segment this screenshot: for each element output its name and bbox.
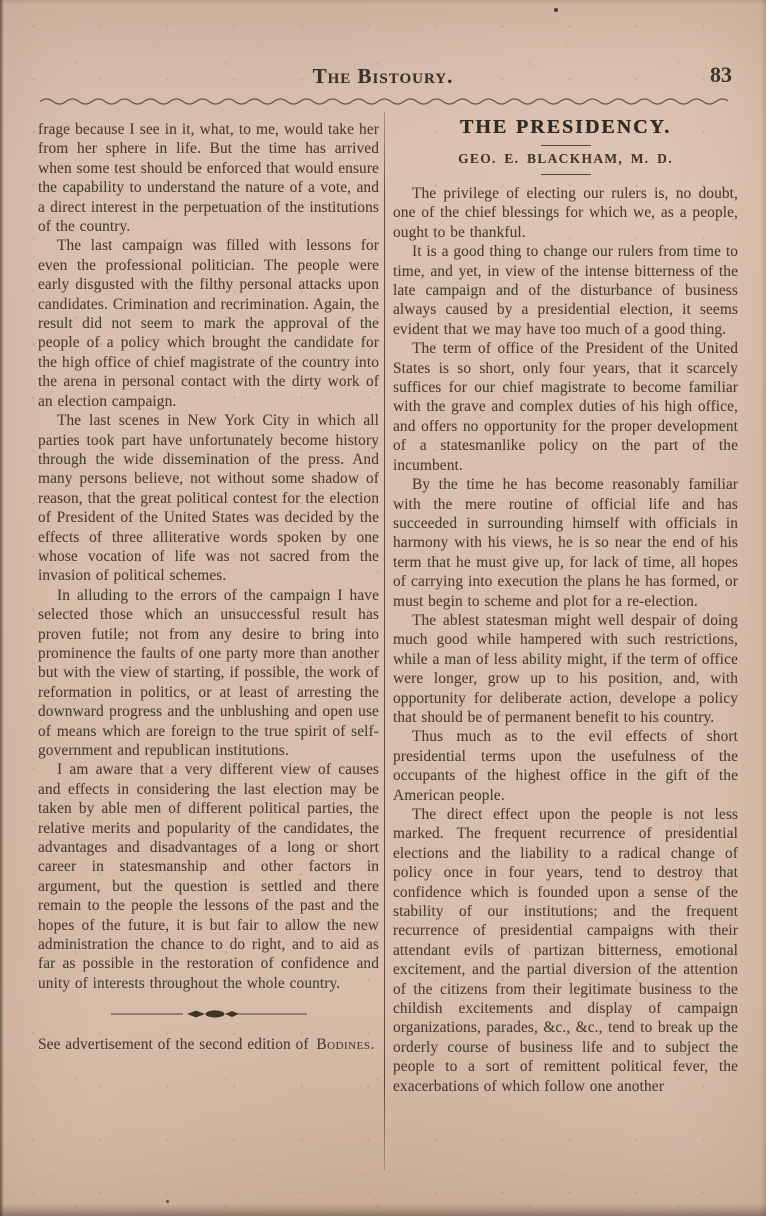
title-rule (541, 145, 591, 146)
paragraph: frage because I see in it, what, to me, … (38, 120, 379, 236)
right-column: THE PRESIDENCY. GEO. E. BLACKHAM, M. D. … (393, 114, 738, 1096)
paragraph: By the time he has become reasonably fam… (393, 475, 738, 611)
advertisement-note-text: See advertisement of the second edition … (38, 1036, 309, 1053)
page-number: 83 (710, 62, 732, 88)
byline: GEO. E. BLACKHAM, M. D. (393, 151, 738, 167)
paragraph: The privilege of electing our rulers is,… (393, 184, 738, 242)
ink-speck (166, 1200, 169, 1203)
paragraph: I am aware that a very different view of… (38, 760, 379, 993)
page-edge-top (0, 0, 766, 4)
page-edge-left (0, 0, 4, 1216)
ornament-divider (38, 1006, 379, 1025)
ornament-divider-icon (111, 1008, 307, 1020)
publication-title: The Bistoury. (0, 64, 766, 89)
paragraph: It is a good thing to change our rulers … (393, 242, 738, 339)
page-edge-bottom (0, 1204, 766, 1216)
paragraph: The ablest statesman might well despair … (393, 611, 738, 727)
wavy-divider-rule (40, 95, 728, 107)
byline-rule (541, 174, 591, 175)
paragraph: The term of office of the President of t… (393, 339, 738, 475)
advertisement-note: See advertisement of the second edition … (38, 1035, 379, 1054)
paragraph: The last scenes in New York City in whic… (38, 411, 379, 586)
paragraph: The last campaign was filled with lesson… (38, 236, 379, 411)
column-divider-line (384, 112, 385, 1170)
paragraph: The direct effect upon the people is not… (393, 805, 738, 1096)
scanned-page: The Bistoury. 83 frage because I see in … (0, 0, 766, 1216)
wavy-path (40, 99, 728, 104)
page-edge-right (761, 0, 766, 1216)
article-title: THE PRESIDENCY. (393, 116, 738, 139)
left-column: frage because I see in it, what, to me, … (38, 114, 379, 1054)
bodines-name: Bodines. (316, 1036, 374, 1053)
ink-speck (554, 8, 558, 12)
paragraph: In alluding to the errors of the campaig… (38, 586, 379, 761)
paragraph: Thus much as to the evil effects of shor… (393, 727, 738, 805)
